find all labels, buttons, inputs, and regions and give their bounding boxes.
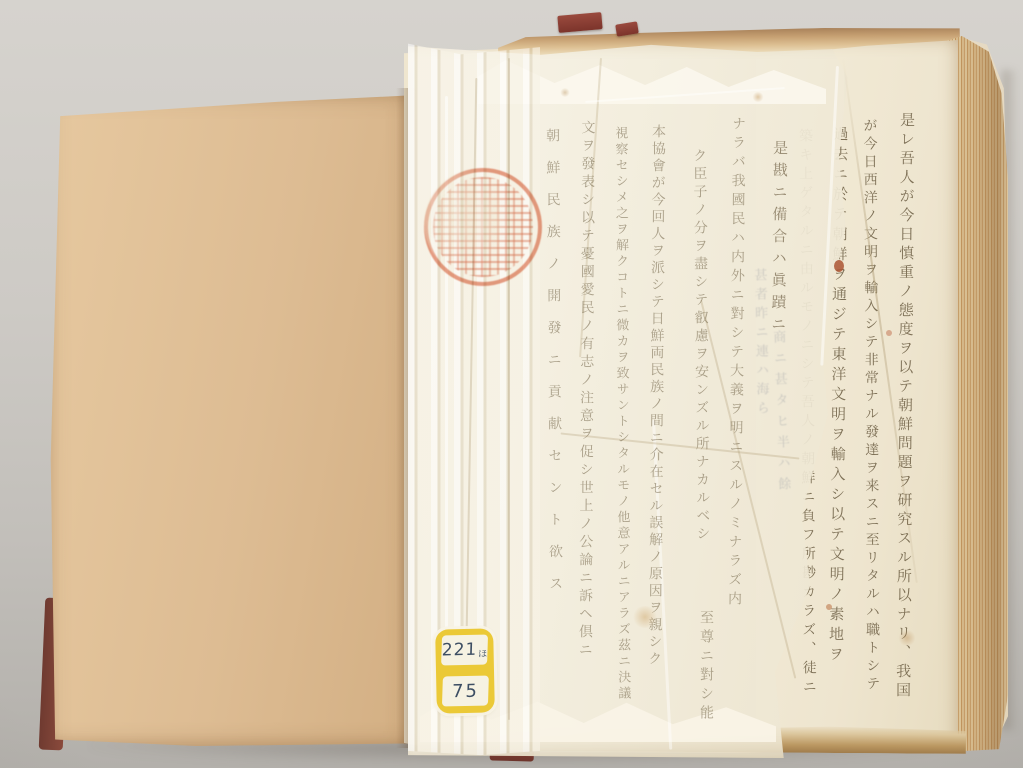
red-seal-stamp xyxy=(424,168,542,286)
stain xyxy=(898,630,916,646)
catalog-label-top-cell: 221 ほ xyxy=(441,635,488,666)
stain xyxy=(560,88,570,97)
catalog-label: 221 ほ 75 xyxy=(435,628,495,713)
stain xyxy=(886,330,892,336)
left-blank-endpaper xyxy=(50,94,416,746)
photograph-of-open-manuscript: 是レ吾人が今日慎重ノ態度ヲ以テ朝鮮問題ヲ研究スル所以ナリ、我国 が今日西洋ノ文明… xyxy=(0,0,1023,768)
stain xyxy=(826,604,832,610)
catalog-number-suffix: ほ xyxy=(478,646,487,659)
stain xyxy=(752,92,764,102)
catalog-number: 221 xyxy=(442,640,478,661)
stain xyxy=(834,260,844,272)
catalog-label-bottom-cell: 75 xyxy=(442,676,489,707)
seal-fade xyxy=(424,168,534,278)
catalog-subnumber: 75 xyxy=(452,680,480,702)
stain xyxy=(632,606,658,628)
bookmark-ribbon xyxy=(557,12,602,33)
crease-line xyxy=(508,58,510,720)
